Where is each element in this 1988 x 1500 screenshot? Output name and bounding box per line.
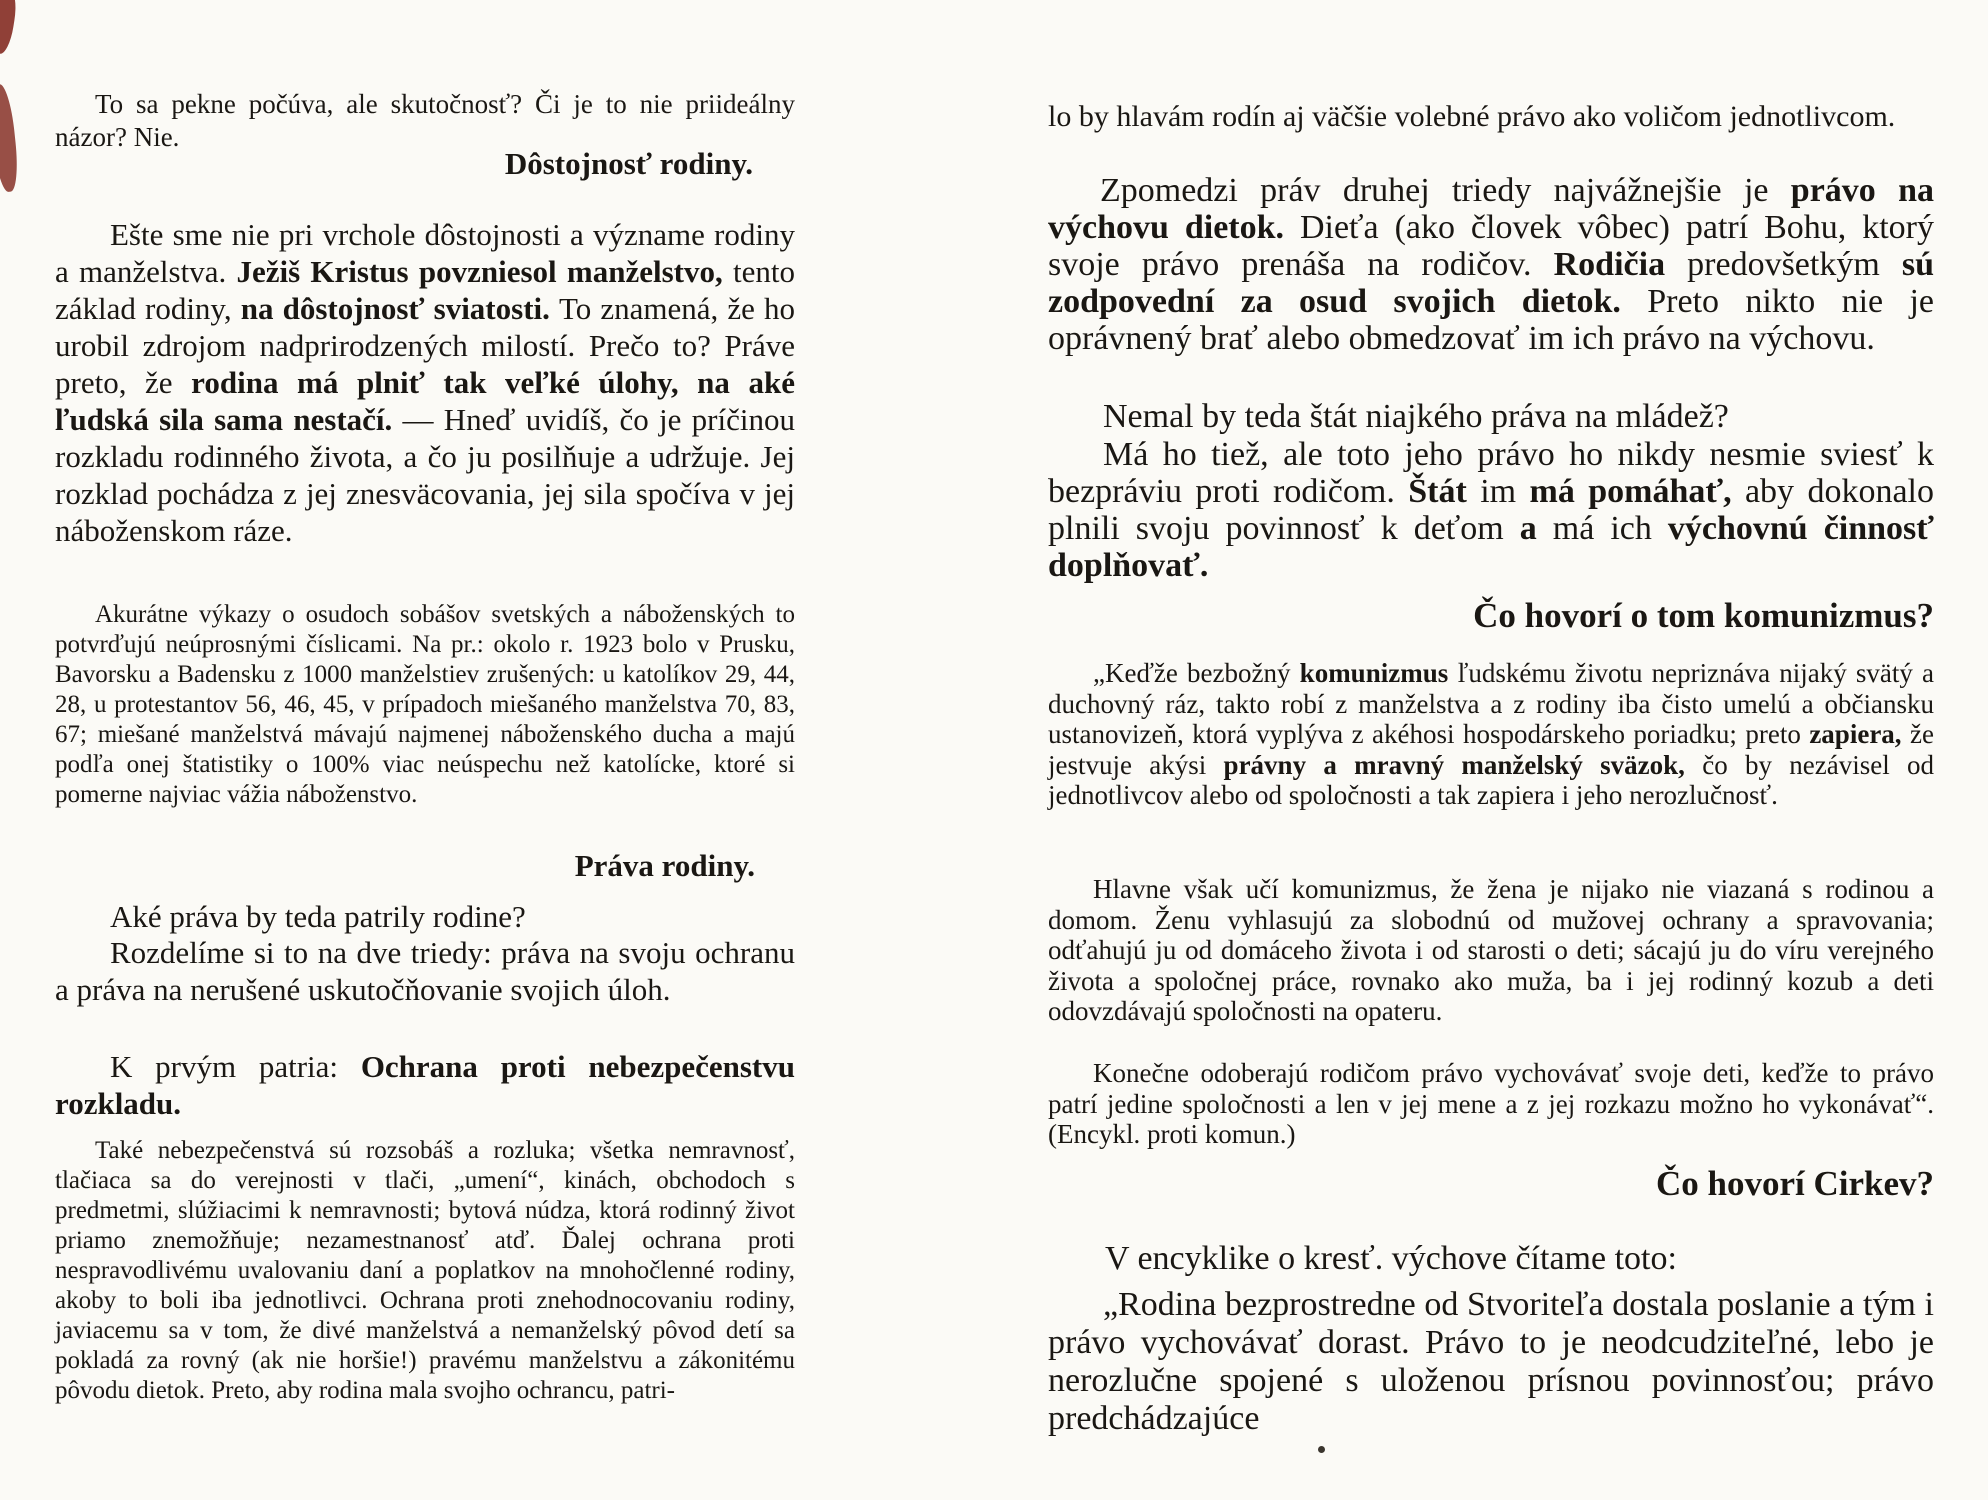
bold-text-run: Rodičia — [1554, 246, 1688, 283]
paragraph-communism-children: Konečne odoberajú rodičom právo vychováv… — [1048, 1058, 1934, 1150]
heading-dostojnost-rodiny: Dôstojnosť rodiny. — [55, 146, 795, 182]
text-run: Rozdelíme si to na dve triedy: práva na … — [55, 935, 795, 1007]
paragraph-state-question: Nemal by teda štát niajkého práva na mlá… — [1048, 398, 1934, 435]
bold-text-run: a — [1520, 510, 1553, 547]
paragraph-two-classes: Rozdelíme si to na dve triedy: práva na … — [55, 934, 795, 1008]
left-column: To sa pekne počúva, ale skutočnosť? Či j… — [55, 0, 795, 1500]
paragraph-question-rights: Aké práva by teda patrily rodine? — [55, 898, 795, 935]
bold-text-run: Štát — [1408, 473, 1480, 510]
paragraph-right-to-education: Zpomedzi práv druhej triedy najvážnejšie… — [1048, 172, 1934, 357]
text-run: K prvým patria: — [110, 1049, 361, 1084]
paragraph-encyclical-quote: „Rodina bezprostredne od Stvoriteľa dost… — [1048, 1286, 1934, 1438]
text-run: Také nebezpečenstvá sú rozsobáš a rozluk… — [55, 1137, 795, 1404]
bold-text-run: zapiera, — [1809, 719, 1910, 749]
ink-stain — [0, 0, 19, 55]
text-run: má ich — [1553, 510, 1668, 547]
text-run: Hlavne však učí komunizmus, že žena je n… — [1048, 874, 1934, 1026]
paragraph-communism-quote: „Keďže bezbožný komunizmus ľudskému živo… — [1048, 658, 1934, 811]
text-run: predovšetkým — [1687, 246, 1902, 283]
ink-stain — [0, 83, 21, 193]
text-run: „Rodina bezprostredne od Stvoriteľa dost… — [1048, 1286, 1934, 1437]
text-run: Akurátne výkazy o osudoch sobášov svetsk… — [55, 601, 795, 808]
heading-co-hovori-cirkev: Čo hovorí Cirkev? — [1048, 1164, 1934, 1204]
text-run: im — [1480, 473, 1529, 510]
text-run: To sa pekne počúva, ale skutočnosť? Či j… — [55, 89, 795, 152]
text-run: Nemal by teda štát niajkého práva na mlá… — [1103, 398, 1729, 435]
page-background: To sa pekne počúva, ale skutočnosť? Či j… — [0, 0, 1988, 1500]
scanned-book-page: { "decor": { "paper_color": "#fbfaf6", "… — [0, 0, 1988, 1500]
text-run: lo by hlavám rodín aj väčšie volebné prá… — [1048, 100, 1895, 133]
paragraph-continuation-voting: lo by hlavám rodín aj väčšie volebné prá… — [1048, 100, 1934, 134]
right-column: lo by hlavám rodín aj väčšie volebné prá… — [1048, 0, 1934, 1500]
text-run: Zpomedzi práv druhej triedy najvážnejšie… — [1100, 172, 1791, 209]
text-run: Aké práva by teda patrily rodine? — [110, 899, 526, 934]
text-run: „Keďže bezbožný — [1093, 658, 1300, 688]
paragraph-communism-woman: Hlavne však učí komunizmus, že žena je n… — [1048, 874, 1934, 1027]
bold-text-run: Ježiš Kristus povzniesol manželstvo, — [236, 254, 733, 289]
bold-text-run: na dôstojnosť sviatosti. — [241, 291, 559, 326]
bold-text-run: má pomáhať, — [1530, 473, 1745, 510]
bold-text-run: Dôstojnosť rodiny. — [505, 146, 753, 181]
text-run: V encyklike o kresť. výchove čítame toto… — [1105, 1240, 1677, 1277]
statistics-paragraph: Akurátne výkazy o osudoch sobášov svetsk… — [55, 600, 795, 810]
heading-co-hovori-komunizmus: Čo hovorí o tom komunizmus? — [1048, 596, 1934, 636]
paragraph-state-role: Má ho tiež, ale toto jeho právo ho nikdy… — [1048, 436, 1934, 584]
bold-text-run: právny a mravný manželský sväzok, — [1224, 750, 1703, 780]
bold-text-run: Práva rodiny. — [575, 848, 755, 883]
intro-paragraph: To sa pekne počúva, ale skutočnosť? Či j… — [55, 88, 795, 154]
text-run: Konečne odoberajú rodičom právo vychováv… — [1048, 1058, 1934, 1149]
bold-text-run: Čo hovorí Cirkev? — [1656, 1164, 1934, 1203]
paragraph-encyclical-intro: V encyklike o kresť. výchove čítame toto… — [1048, 1240, 1934, 1278]
bold-text-run: Čo hovorí o tom komunizmus? — [1473, 596, 1934, 635]
paragraph-dangers: Také nebezpečenstvá sú rozsobáš a rozluk… — [55, 1136, 795, 1406]
bold-text-run: komunizmus — [1300, 658, 1458, 688]
paragraph-dignity-of-family: Ešte sme nie pri vrchole dôstojnosti a v… — [55, 216, 795, 549]
heading-prava-rodiny: Práva rodiny. — [55, 848, 795, 884]
paragraph-protection: K prvým patria: Ochrana proti nebezpečen… — [55, 1048, 795, 1122]
